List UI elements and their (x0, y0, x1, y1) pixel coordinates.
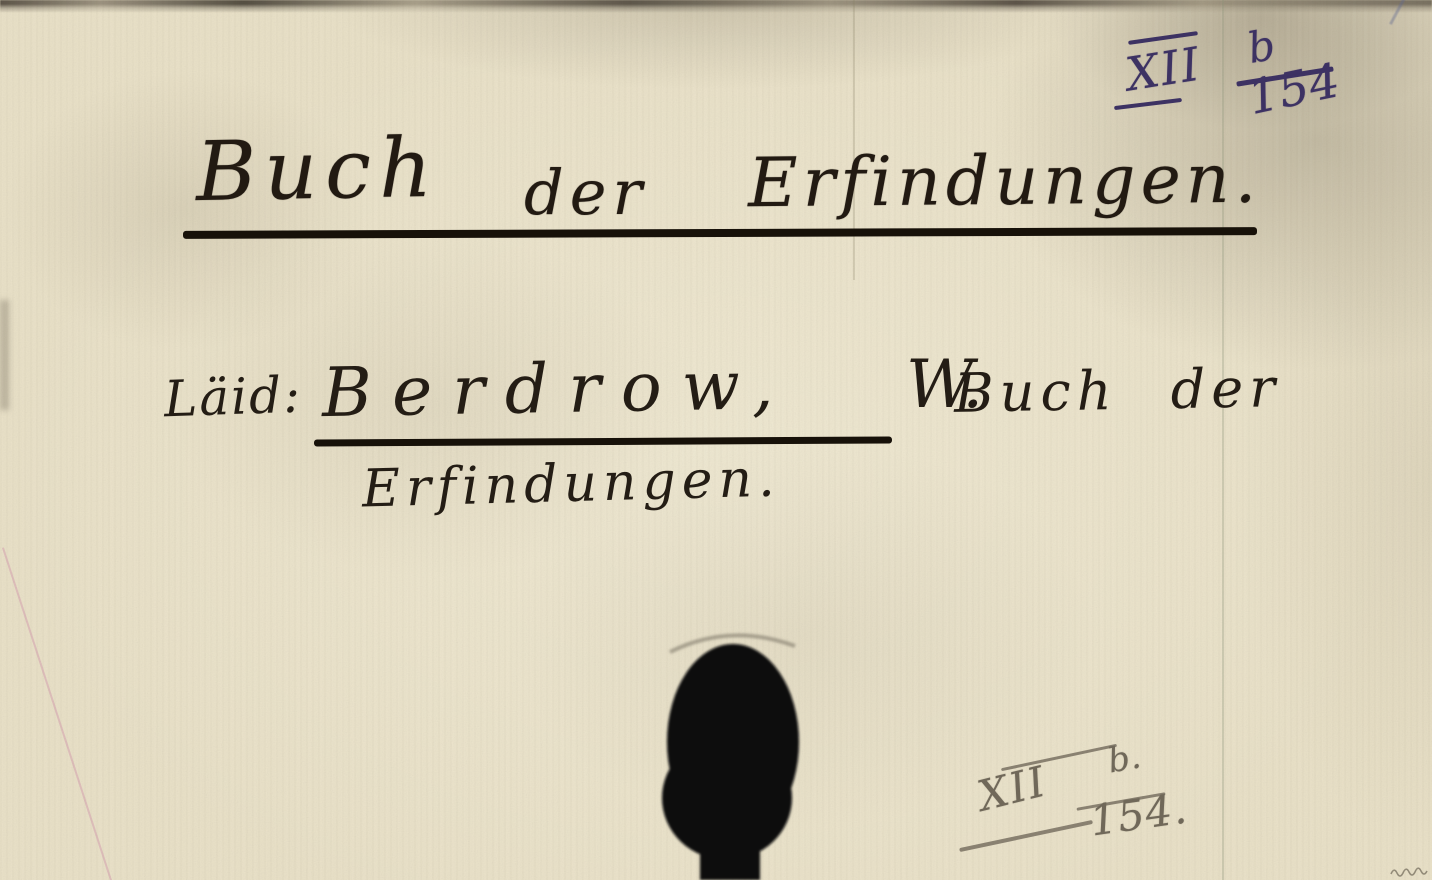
shelfmark-bottom-number: 154. (1088, 787, 1190, 842)
entry-title-rest-line1: Buch der (954, 361, 1282, 421)
faint-crease-line (853, 0, 855, 280)
title-underline (183, 227, 1257, 239)
corner-scribble (1390, 864, 1432, 878)
entry-author-surname: Berdrow, (321, 352, 794, 428)
shelfmark-top-roman: XII (1123, 40, 1204, 97)
card-top-edge-shadow (0, 0, 1432, 13)
title-word-1: Buch (195, 128, 440, 214)
faint-vertical-line (1222, 0, 1224, 880)
entry-prefix: Läid: (163, 370, 303, 425)
entry-title-rest-line2: Erfindungen. (361, 453, 781, 516)
shelfmark-top-underline (1114, 98, 1182, 110)
title-word-3: Erfindungen. (748, 146, 1262, 218)
punch-hole-silhouette (645, 630, 820, 880)
shelfmark-top-letter: b (1245, 24, 1279, 70)
shelfmark-bottom-underline (959, 820, 1093, 852)
author-underline (314, 436, 892, 446)
left-edge-smudge (0, 300, 9, 410)
catalog-card: XII b 154 Buch der Erfindungen. Läid: Be… (0, 0, 1432, 880)
shelfmark-bottom-letter: b. (1105, 739, 1143, 778)
shelfmark-bottom-roman: XII (974, 760, 1051, 817)
pink-ruled-line (2, 547, 113, 880)
title-word-2: der (524, 162, 648, 224)
